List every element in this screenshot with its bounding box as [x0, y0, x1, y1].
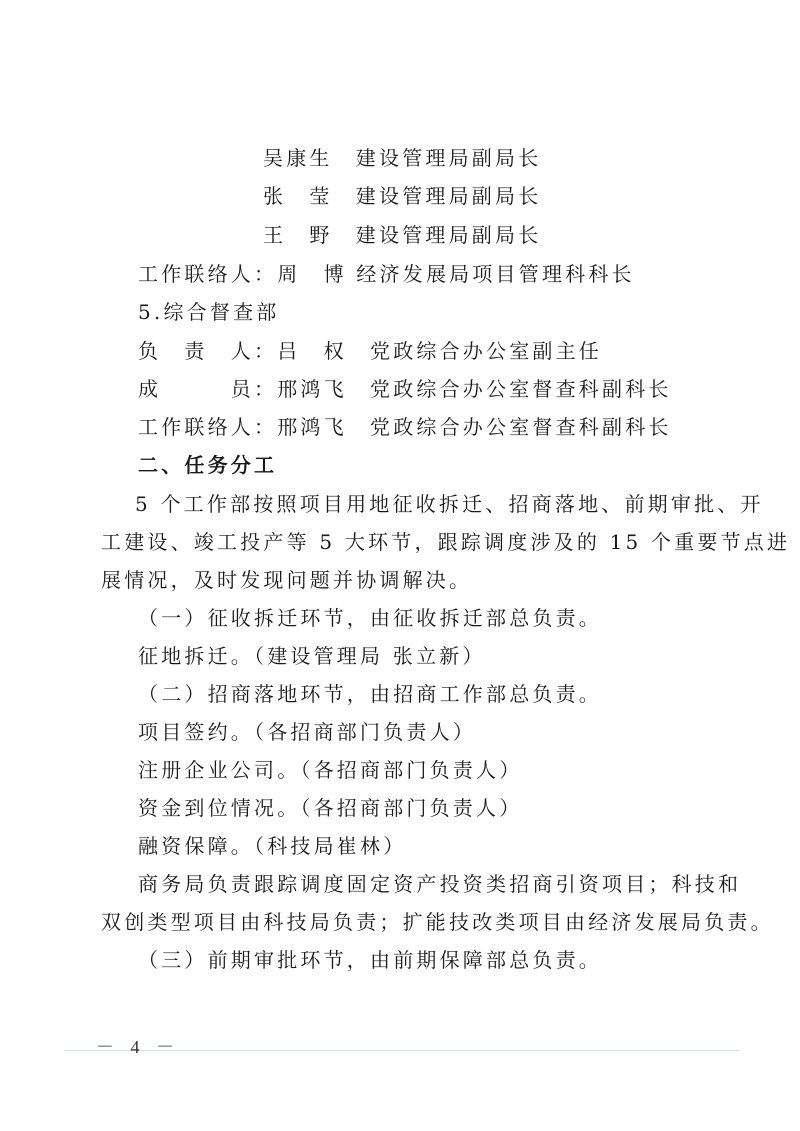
paragraph-overview-line-3: 展情况，及时发现问题并协调解决。 — [101, 567, 472, 593]
member-wu-kangsheng: 吴康生 建设管理局副局长 — [263, 145, 541, 171]
item-land-demolition: 征地拆迁。（建设管理局 张立新） — [138, 643, 486, 669]
member-zhang-ying: 张 莹 建设管理局副局长 — [263, 183, 541, 209]
section-heading-supervision-dept: 5.综合督查部 — [138, 299, 279, 325]
supervision-liaison: 工作联络人：邢鸿飞 党政综合办公室督查科副科长 — [138, 414, 672, 440]
paragraph-overview-line-1: 5 个工作部按照项目用地征收拆迁、招商落地、前期审批、开 — [135, 491, 764, 517]
page-number: － 4 － — [96, 1033, 180, 1059]
paragraph-overview-line-2: 工建设、竣工投产等 5 大环节，跟踪调度涉及的 15 个重要节点进 — [101, 529, 790, 555]
section-heading-task-division: 二、任务分工 — [138, 452, 277, 478]
subheading-land-acquisition: （一）征收拆迁环节，由征收拆迁部总负责。 — [138, 605, 602, 631]
supervision-leader: 负 责 人：吕 权 党政综合办公室副主任 — [138, 338, 602, 364]
item-funds-arrival: 资金到位情况。（各招商部门负责人） — [138, 795, 522, 821]
subheading-investment-landing: （二）招商落地环节，由招商工作部总负责。 — [138, 681, 602, 707]
item-company-registration: 注册企业公司。（各招商部门负责人） — [138, 757, 522, 783]
liaison-zhou-bo: 工作联络人：周 博 经济发展局项目管理科科长 — [138, 261, 635, 287]
supervision-member: 成 员：邢鸿飞 党政综合办公室督查科副科长 — [138, 376, 672, 402]
paragraph-responsibility-line-1: 商务局负责跟踪调度固定资产投资类招商引资项目；科技和 — [138, 871, 741, 897]
paragraph-responsibility-line-2: 双创类型项目由科技局负责；扩能技改类项目由经济发展局负责。 — [101, 909, 774, 935]
item-project-signing: 项目签约。（各招商部门负责人） — [138, 719, 476, 745]
item-financing-guarantee: 融资保障。（科技局崔林） — [138, 833, 406, 859]
member-wang-ye: 王 野 建设管理局副局长 — [263, 222, 541, 248]
subheading-preliminary-approval: （三）前期审批环节，由前期保障部总负责。 — [138, 947, 602, 973]
